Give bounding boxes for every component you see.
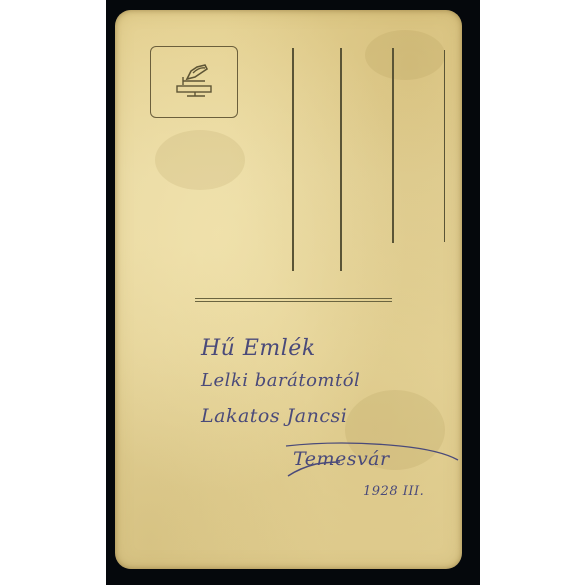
- postcard-back: Hű Emlék Lelki barátomtól Lakatos Jancsi…: [115, 10, 462, 569]
- publisher-logo-icon: [169, 59, 219, 105]
- stain: [155, 130, 245, 190]
- divider-line: [195, 298, 392, 299]
- address-line: [292, 48, 294, 271]
- handwritten-greeting: Hű Emlék: [201, 336, 316, 361]
- handwritten-place: Temesvár: [293, 448, 390, 470]
- handwritten-date: 1928 III.: [363, 484, 424, 499]
- stain: [365, 30, 445, 80]
- address-line: [340, 48, 342, 271]
- handwritten-signature: Lakatos Jancsi: [201, 405, 347, 427]
- address-line: [444, 50, 445, 242]
- divider-line: [195, 301, 392, 302]
- address-line: [392, 48, 394, 243]
- handwritten-line: Lelki barátomtól: [201, 370, 360, 391]
- stamp-box: [150, 46, 238, 118]
